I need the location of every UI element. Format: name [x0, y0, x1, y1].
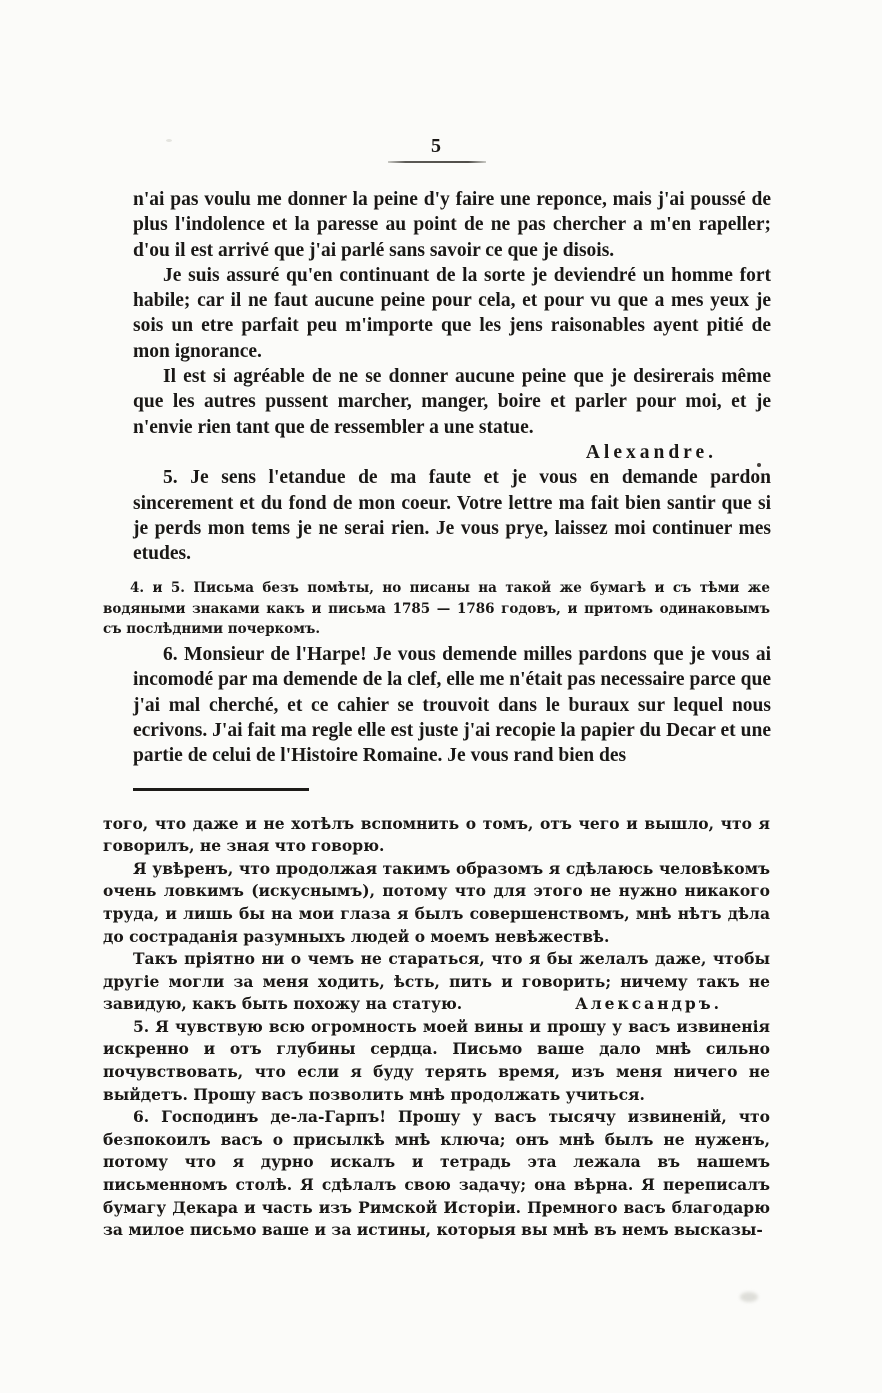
scan-artifact-dot	[757, 463, 761, 467]
footnote-separator-rule	[133, 788, 309, 791]
page-header: 5	[103, 134, 770, 163]
russian-signature: Александръ.	[545, 993, 722, 1016]
french-letter-5: 5. Je sens l'etandue de ma faute et je v…	[133, 465, 771, 566]
russian-translation-section: того, что даже и не хотѣлъ вспомнить о т…	[103, 813, 770, 1242]
french-signature: Alexandre.	[133, 440, 771, 465]
scan-artifact-speck	[166, 139, 172, 142]
editorial-footnote: 4. и 5. Письма безъ помѣты, но писаны на…	[103, 578, 770, 639]
scan-artifact-smudge	[740, 1292, 758, 1302]
page-number: 5	[103, 134, 770, 158]
scanned-book-page: 5 n'ai pas voulu me donner la peine d'y …	[0, 0, 882, 1393]
french-letter-6: 6. Monsieur de l'Harpe! Je vous demende …	[133, 642, 771, 768]
french-paragraph-statue: Il est si agréable de ne se donner aucun…	[133, 364, 771, 440]
text-column: n'ai pas voulu me donner la peine d'y fa…	[133, 187, 771, 1242]
french-paragraph-continuation: n'ai pas voulu me donner la peine d'y fa…	[133, 187, 771, 263]
russian-paragraph-statue: Такъ пріятно ни о чемъ не стараться, что…	[103, 948, 770, 1016]
russian-paragraph-continuation: того, что даже и не хотѣлъ вспомнить о т…	[103, 813, 770, 858]
french-paragraph-assured: Je suis assuré qu'en continuant de la so…	[133, 263, 771, 364]
russian-letter-5: 5. Я чувствую всю огромность моей вины и…	[103, 1016, 770, 1106]
russian-paragraph-assured: Я увѣренъ, что продолжая такимъ образомъ…	[103, 858, 770, 948]
russian-letter-6-partial: 6. Господинъ де-ла-Гарпъ! Прошу у васъ т…	[103, 1106, 770, 1242]
page-number-rule	[388, 161, 486, 163]
